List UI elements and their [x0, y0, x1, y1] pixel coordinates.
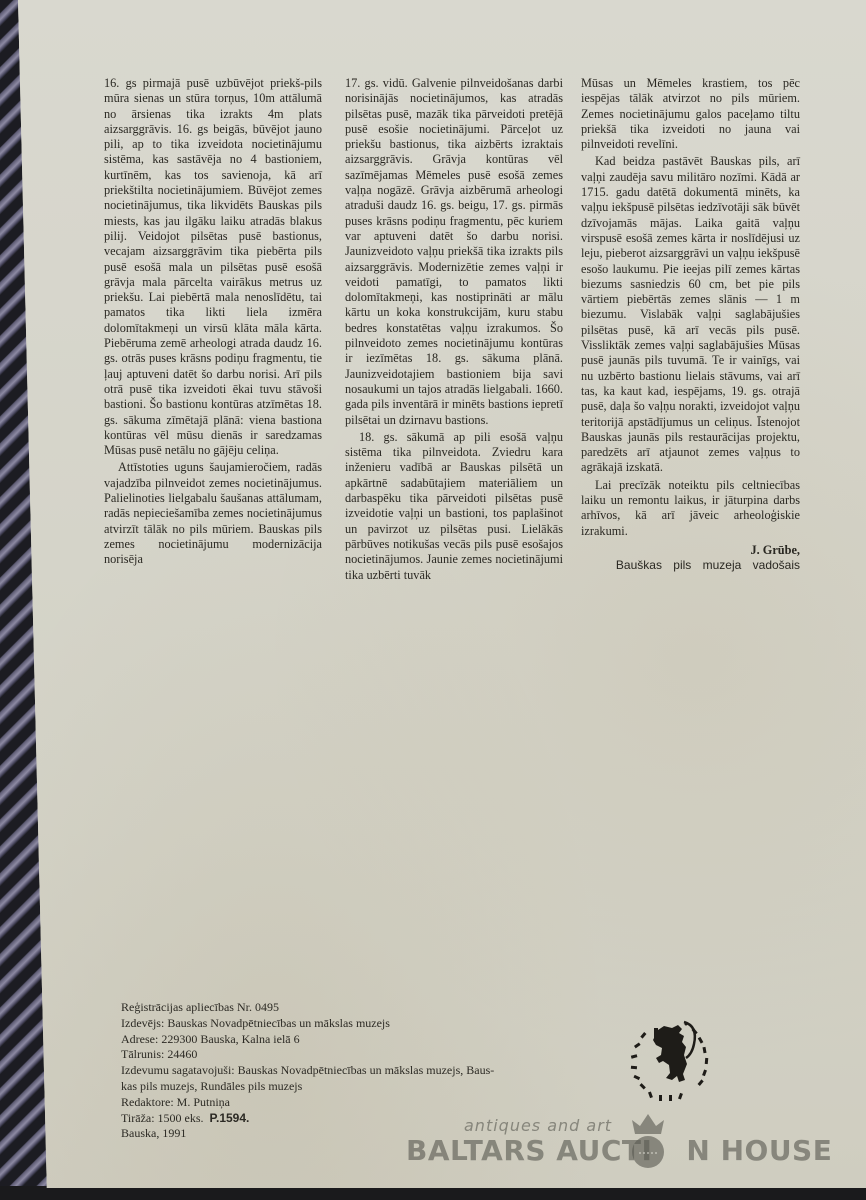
print-run-text: Tirāža: 1500 eks.	[121, 1111, 204, 1125]
table-edge	[0, 1186, 866, 1200]
publisher: Izdevējs: Bauskas Novadpētniecības un mā…	[121, 1016, 481, 1032]
registration-number: Reģistrācijas apliecības Nr. 0495	[121, 1000, 481, 1016]
paragraph: Kad beidza pastāvēt Bauskas pils, arī va…	[581, 154, 800, 475]
text-column-3: Mūsas un Mēmeles krastiem, tos pēc iespē…	[581, 76, 800, 574]
watermark-brand-part1: BALTARS AUCTI	[406, 1134, 652, 1167]
author-signature: J. Grūbe,	[581, 543, 800, 558]
prepared-by: Izdevumu sagatavojuši: Bauskas Novadpētn…	[121, 1063, 481, 1079]
crown-logo-icon	[628, 1112, 668, 1174]
library-stamp	[614, 1012, 724, 1107]
editor: Redaktore: M. Putniņa	[121, 1095, 481, 1111]
watermark-tagline: antiques and art	[464, 1116, 612, 1135]
document-page: 16. gs pirmajā pusē uzbūvējot priekš-pil…	[18, 0, 866, 1188]
auction-watermark: antiques and art BALTARS AUCTIN HOUSE	[388, 1112, 808, 1174]
paragraph: Attīstoties uguns šaujamieročiem, radās …	[104, 460, 322, 567]
handwritten-note: P.1594.	[210, 1111, 250, 1125]
prepared-by-cont: kas pils muzejs, Rundāles pils muzejs	[121, 1079, 481, 1095]
text-column-2: 17. gs. vidū. Galvenie pilnveidošanas da…	[345, 76, 563, 583]
watermark-brand-part2: N HOUSE	[686, 1134, 832, 1167]
author-affiliation: Bauškas pils muzeja vadošais	[581, 558, 800, 573]
phone: Tālrunis: 24460	[121, 1047, 481, 1063]
lion-stamp-icon	[614, 1012, 724, 1107]
paragraph: 18. gs. sākumā ap pili esošā vaļņu sistē…	[345, 430, 563, 583]
address: Adrese: 229300 Bauska, Kalna ielā 6	[121, 1032, 481, 1048]
paragraph: 17. gs. vidū. Galvenie pilnveidošanas da…	[345, 76, 563, 428]
watermark-brand: BALTARS AUCTIN HOUSE	[406, 1134, 832, 1167]
paragraph: Lai precīzāk noteiktu pils celtniecības …	[581, 478, 800, 539]
paragraph: 16. gs pirmajā pusē uzbūvējot priekš-pil…	[104, 76, 322, 458]
text-column-1: 16. gs pirmajā pusē uzbūvējot priekš-pil…	[104, 76, 322, 568]
paragraph: Mūsas un Mēmeles krastiem, tos pēc iespē…	[581, 76, 800, 152]
